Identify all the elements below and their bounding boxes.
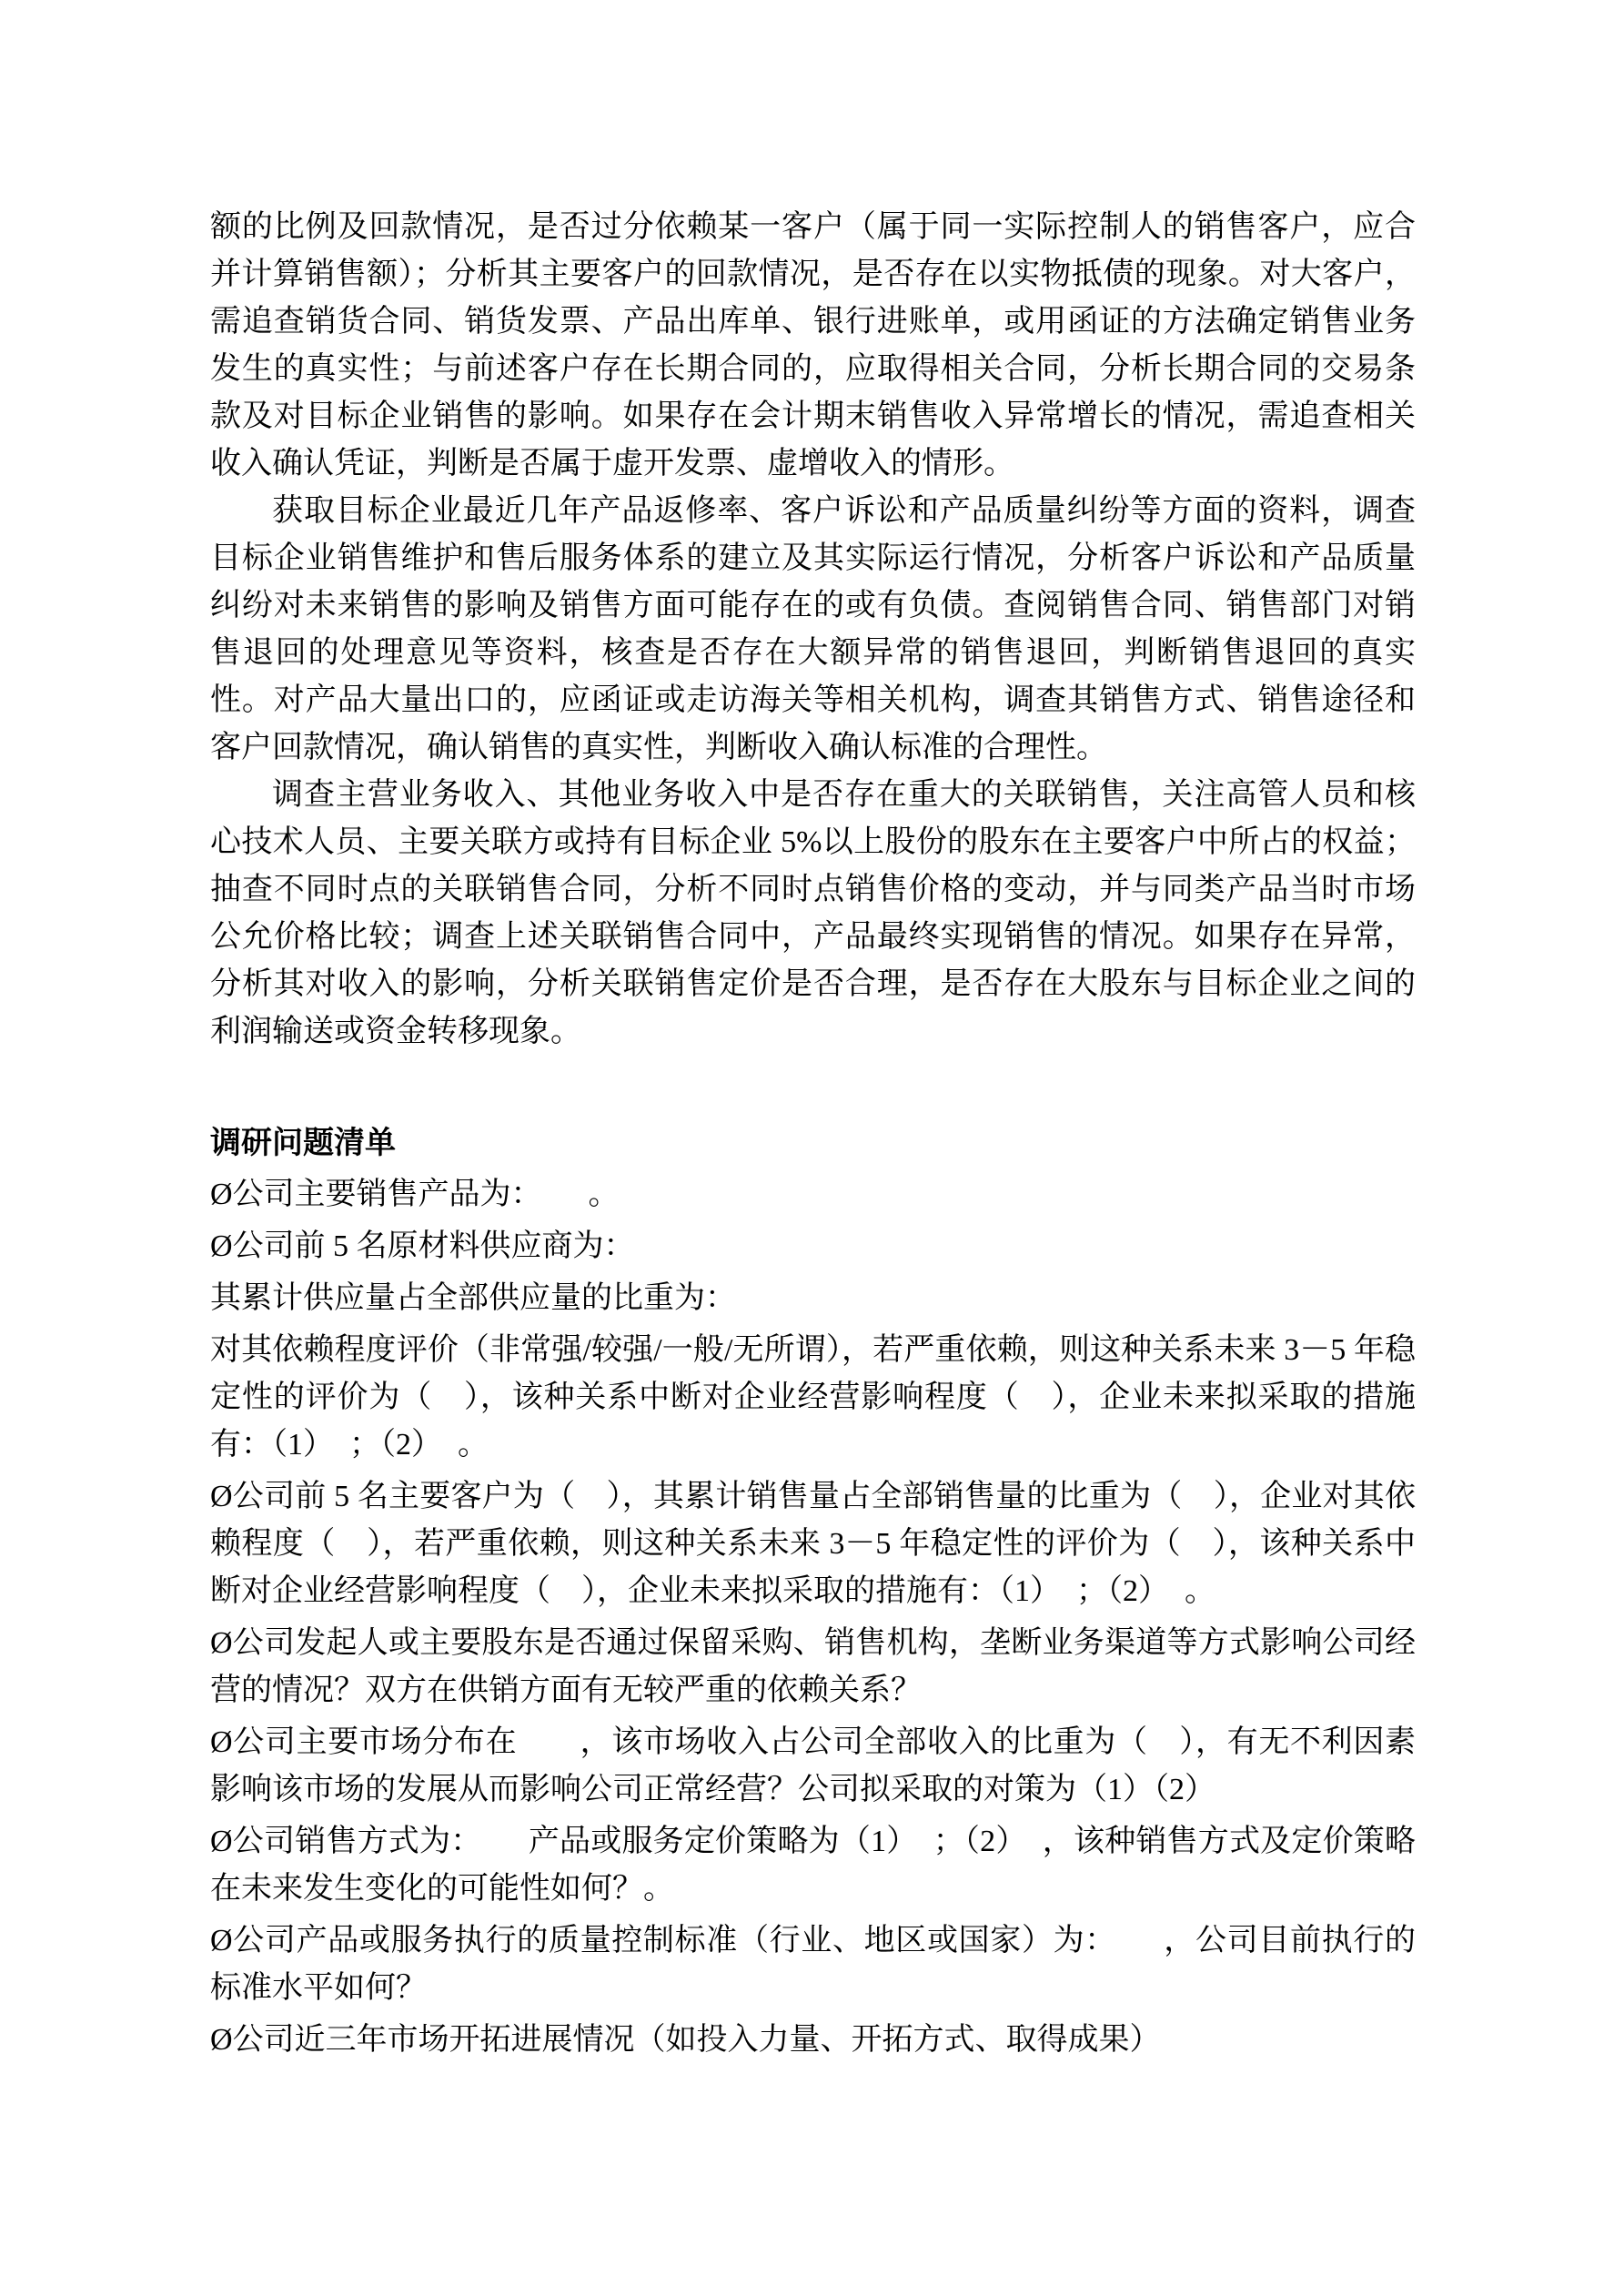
page-content: 额的比例及回款情况，是否过分依赖某一客户（属于同一实际控制人的销售客户，应合并计… [210, 204, 1416, 2064]
question-item: Ø公司销售方式为： 产品或服务定价策略为（1） ；（2） ，该种销售方式及定价策… [210, 1818, 1416, 1913]
body-paragraph: 获取目标企业最近几年产品返修率、客户诉讼和产品质量纠纷等方面的资料，调查目标企业… [210, 488, 1416, 772]
question-item: Ø公司主要市场分布在 ，该市场收入占公司全部收入的比重为（ ），有无不利因素影响… [210, 1719, 1416, 1814]
arrow-bullet-icon: Ø [210, 1229, 233, 1263]
question-item: Ø公司主要销售产品为： 。 [210, 1171, 1416, 1219]
question-item: 其累计供应量占全部供应量的比重为： [210, 1275, 1416, 1322]
arrow-bullet-icon: Ø [210, 2023, 233, 2057]
question-text: 公司主要销售产品为： 。 [233, 1178, 620, 1211]
question-text: 公司产品或服务执行的质量控制标准（行业、地区或国家）为： ，公司目前执行的标准水… [210, 1924, 1416, 2005]
body-paragraph: 额的比例及回款情况，是否过分依赖某一客户（属于同一实际控制人的销售客户，应合并计… [210, 204, 1416, 488]
arrow-bullet-icon: Ø [210, 1725, 233, 1759]
question-text: 对其依赖程度评价（非常强/较强/一般/无所谓），若严重依赖，则这种关系未来 3－… [210, 1333, 1416, 1462]
arrow-bullet-icon: Ø [210, 1178, 233, 1211]
section-heading: 调研问题清单 [210, 1119, 1416, 1167]
question-item: Ø公司前 5 名原材料供应商为： [210, 1223, 1416, 1270]
arrow-bullet-icon: Ø [210, 1924, 233, 1957]
question-item: 对其依赖程度评价（非常强/较强/一般/无所谓），若严重依赖，则这种关系未来 3－… [210, 1327, 1416, 1469]
arrow-bullet-icon: Ø [210, 1480, 233, 1513]
question-text: 公司销售方式为： 产品或服务定价策略为（1） ；（2） ，该种销售方式及定价策略… [210, 1825, 1416, 1906]
question-item: Ø公司前 5 名主要客户为（ ），其累计销售量占全部销售量的比重为（ ），企业对… [210, 1473, 1416, 1615]
question-text: 公司近三年市场开拓进展情况（如投入力量、开拓方式、取得成果） [233, 2023, 1161, 2057]
body-paragraph: 调查主营业务收入、其他业务收入中是否存在重大的关联销售，关注高管人员和核心技术人… [210, 772, 1416, 1056]
document-page: 额的比例及回款情况，是否过分依赖某一客户（属于同一实际控制人的销售客户，应合并计… [0, 0, 1624, 2296]
question-item: Ø公司发起人或主要股东是否通过保留采购、销售机构，垄断业务渠道等方式影响公司经营… [210, 1620, 1416, 1714]
question-item: Ø公司产品或服务执行的质量控制标准（行业、地区或国家）为： ，公司目前执行的标准… [210, 1917, 1416, 2012]
question-text: 公司主要市场分布在 ，该市场收入占公司全部收入的比重为（ ），有无不利因素影响该… [210, 1725, 1416, 1806]
arrow-bullet-icon: Ø [210, 1825, 233, 1858]
question-text: 公司发起人或主要股东是否通过保留采购、销售机构，垄断业务渠道等方式影响公司经营的… [210, 1626, 1416, 1707]
arrow-bullet-icon: Ø [210, 1626, 233, 1660]
question-text: 公司前 5 名原材料供应商为： [233, 1229, 635, 1263]
question-text: 公司前 5 名主要客户为（ ），其累计销售量占全部销售量的比重为（ ），企业对其… [210, 1480, 1416, 1608]
question-item: Ø公司近三年市场开拓进展情况（如投入力量、开拓方式、取得成果） [210, 2017, 1416, 2064]
question-text: 其累计供应量占全部供应量的比重为： [210, 1281, 736, 1315]
